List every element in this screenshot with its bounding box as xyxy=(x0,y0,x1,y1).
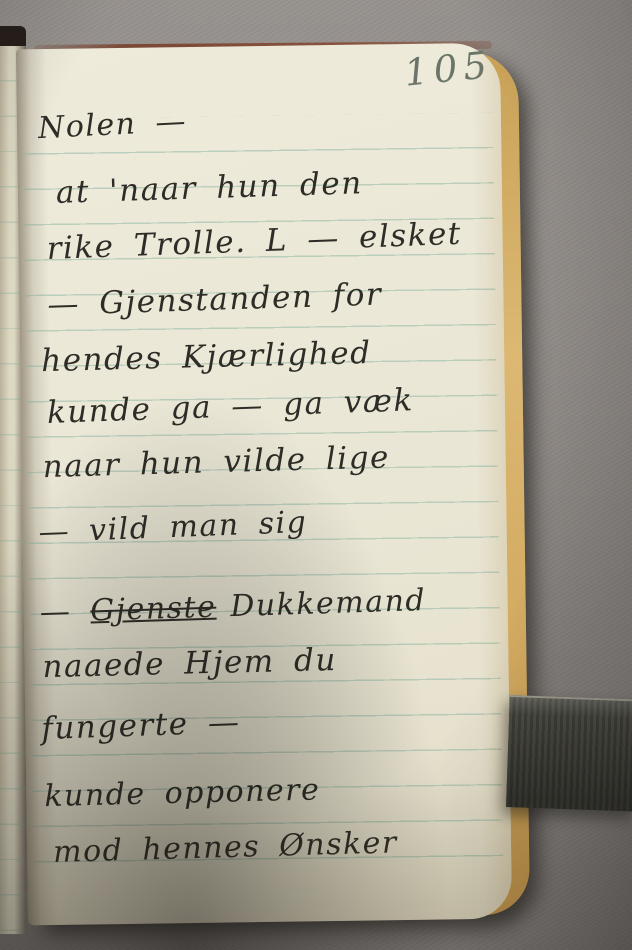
handwriting-text: — Gjenstanden for xyxy=(47,276,383,322)
handwriting-dash: — xyxy=(39,594,91,631)
handwriting-text: rike Trolle. L — elsket xyxy=(46,216,462,267)
handwriting-text: fungerte — xyxy=(41,704,241,747)
handwriting-line-7: naar hun vilde lige xyxy=(42,439,390,485)
handwriting-text: naaede Hjem du xyxy=(42,642,337,685)
book-holding-strap xyxy=(506,695,632,812)
handwriting-line-10: naaede Hjem du xyxy=(42,642,337,685)
handwriting-line-9: — GjensteDukkemand xyxy=(39,583,426,630)
handwriting-text: Nolen — xyxy=(37,104,188,146)
handwriting-line-6: kunde ga — ga væk xyxy=(46,382,414,431)
handwriting-text: — vild man sig xyxy=(38,505,308,550)
handwriting-line-4: — Gjenstanden for xyxy=(47,276,383,322)
handwriting-text: at 'naar hun den xyxy=(55,165,363,211)
handwriting-text: kunde opponere xyxy=(44,772,321,814)
handwriting-text: Dukkemand xyxy=(230,583,427,624)
handwriting-line-11: fungerte — xyxy=(41,704,241,747)
handwriting-line-2: at 'naar hun den xyxy=(55,165,363,211)
handwriting-text: kunde ga — ga væk xyxy=(46,382,414,431)
handwriting-text: mod hennes Ønsker xyxy=(53,825,399,870)
handwriting-text: hendes Kjærlighed xyxy=(41,335,372,379)
handwriting-text: naar hun vilde lige xyxy=(42,439,390,485)
handwriting-line-3: rike Trolle. L — elsket xyxy=(46,216,462,267)
handwriting-line-5: hendes Kjærlighed xyxy=(41,335,372,379)
handwriting-line-12: kunde opponere xyxy=(44,772,321,814)
handwriting-struck-word: Gjenste xyxy=(90,590,217,629)
notebook-photo-scene: 105 Nolen — at 'naar hun den rike Trolle… xyxy=(0,0,632,950)
page-number: 105 xyxy=(402,43,495,95)
handwriting-line-8: — vild man sig xyxy=(38,505,308,550)
handwriting-line-13: mod hennes Ønsker xyxy=(53,825,399,870)
handwriting-line-1: Nolen — xyxy=(37,104,188,146)
notebook-page: 105 Nolen — at 'naar hun den rike Trolle… xyxy=(16,43,512,926)
